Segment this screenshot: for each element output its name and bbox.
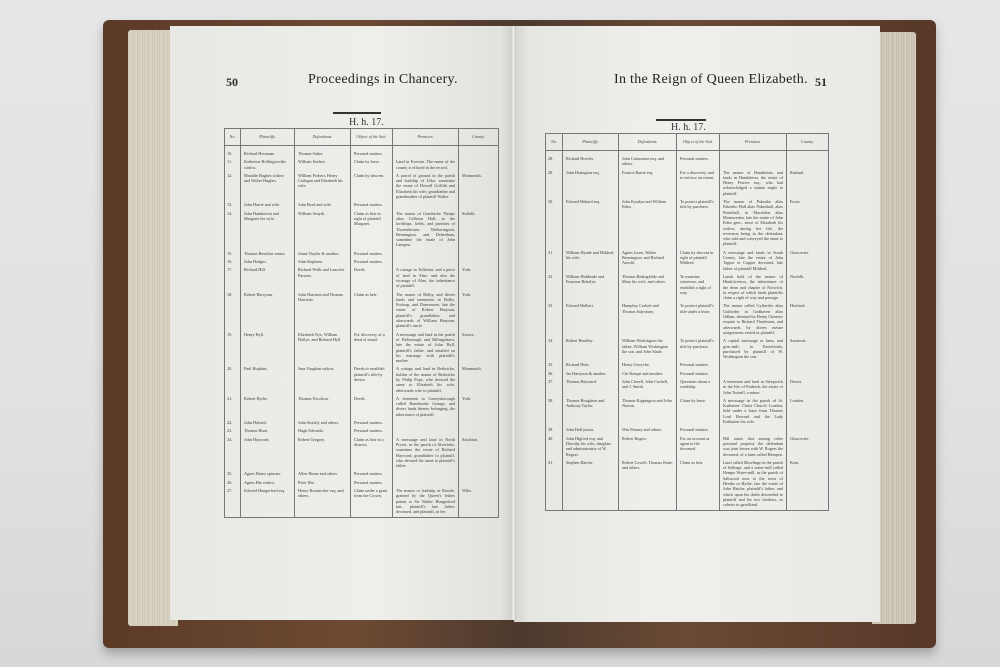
premises-cell: The manor of Hambleton, and lands in Ham…	[720, 169, 787, 198]
object-cell: Personal matters.	[351, 258, 393, 266]
defendants-cell: Thomas Bedingfelde and Mary his wife, an…	[619, 273, 677, 302]
plaintiffs-cell: Jas Harryson & another.	[563, 370, 619, 378]
defendants-cell: Thomas Kippington and John Norton.	[619, 397, 677, 426]
left-proceedings-table: No. Plaintiffs. Defendants. Object of th…	[224, 128, 499, 518]
plaintiffs-cell: Robert Hendley.	[563, 337, 619, 361]
row-number: 41.	[546, 459, 563, 510]
county-cell: Sussex.	[459, 331, 499, 366]
county-cell: Monmouth.	[459, 172, 499, 201]
table-row: 29.John Harington esq.Francis Bartie esq…	[546, 169, 829, 198]
object-cell: Personal matters.	[351, 470, 393, 478]
table-row: 17.Richard Hill.Richard Walls and Lancel…	[225, 266, 499, 290]
premises-cell: A parcel of ground in the parish and lor…	[393, 172, 459, 201]
right-shelfmark: H. h. 17.	[671, 122, 706, 133]
county-cell: Gloucester.	[787, 249, 829, 273]
row-number: 26.	[225, 479, 241, 487]
row-number: 14.	[225, 210, 241, 250]
table-row: 22.John Halsted.John Stuckly and others.…	[225, 419, 499, 427]
table-row: 33.Edward Holbert.Humphry Corbett and Th…	[546, 302, 829, 337]
premises-cell: A messuage in the parish of St. Katharin…	[720, 397, 787, 426]
object-cell: For discovery of a deed of entail.	[351, 331, 393, 366]
premises-cell: A tenement in Coneysborough called Barne…	[393, 395, 459, 419]
plaintiffs-cell: Maudde Hughes widow and Walter Hughes.	[241, 172, 295, 201]
object-cell: To protect plaintiff's title by purchase…	[677, 337, 720, 361]
plaintiffs-cell: William Hubberde and Erasmus Rokelye.	[563, 273, 619, 302]
premises-cell	[720, 151, 787, 169]
table-row: 40.John Higford esq. and Dorothy his wif…	[546, 435, 829, 459]
premises-cell: Land in Everton. The name of the county …	[393, 158, 459, 172]
object-cell: Personal matters.	[677, 426, 720, 434]
premises-cell	[393, 146, 459, 159]
row-number: 27.	[225, 487, 241, 517]
plaintiffs-cell: Thomas Houghton and Anthony Taylor.	[563, 397, 619, 426]
left-head-rule	[333, 112, 381, 114]
premises-cell: A messuage and land in the parish of Pul…	[393, 331, 459, 366]
county-cell	[459, 201, 499, 209]
table-row: 28.Richard Howles.John Cartasmon esq. an…	[546, 151, 829, 169]
object-cell: Personal matters.	[351, 479, 393, 487]
plaintiffs-cell: John Hall junior.	[563, 426, 619, 434]
plaintiffs-cell: Edward Holbert.	[563, 302, 619, 337]
row-number: 18.	[225, 291, 241, 331]
row-number: 36.	[546, 370, 563, 378]
col-header-county: County.	[459, 129, 499, 146]
county-cell: Rutland.	[787, 169, 829, 198]
table-row: 34.Robert Hendley.William Wodrington the…	[546, 337, 829, 361]
row-number: 21.	[225, 395, 241, 419]
defendants-cell: Allen Hume and others.	[295, 470, 351, 478]
table-row: 27.Edward Hungerford esq.Henry Brounscke…	[225, 487, 499, 517]
county-cell: Hertford.	[787, 302, 829, 337]
right-running-head: In the Reign of Queen Elizabeth.	[614, 72, 808, 88]
defendants-cell: John Byrd and wife.	[295, 201, 351, 209]
object-cell: Personal matters.	[677, 151, 720, 169]
table-row: 38.Thomas Houghton and Anthony Taylor.Th…	[546, 397, 829, 426]
defendants-cell: William Probert, Henry Cadogan and Eliza…	[295, 172, 351, 201]
col-header-object: Object of the Suit.	[677, 134, 720, 151]
object-cell: Personal matters.	[351, 419, 393, 427]
county-cell: York.	[459, 291, 499, 331]
plaintiffs-cell: Agnes Hie widow.	[241, 479, 295, 487]
county-cell: Somerset.	[787, 337, 829, 361]
defendants-cell: Henry Cerryche.	[619, 361, 677, 369]
row-number: 13.	[225, 201, 241, 209]
object-cell: Claim as heir.	[351, 291, 393, 331]
table-row: 11.Katherine Hollingworthe widow.William…	[225, 158, 499, 172]
table-row: 35.Richard Hole.Henry Cerryche.Personal …	[546, 361, 829, 369]
plaintiffs-cell: Edward Hungerford esq.	[241, 487, 295, 517]
premises-cell: A cottage and land in Redwicke, holden o…	[393, 365, 459, 394]
county-cell	[787, 361, 829, 369]
col-header-plaintiffs: Plaintiffs.	[241, 129, 295, 146]
defendants-cell: Robert Cowell, Thomas Batte, and others.	[619, 459, 677, 510]
row-number: 10.	[225, 146, 241, 159]
row-number: 11.	[225, 158, 241, 172]
object-cell: Claim by descent.	[351, 172, 393, 201]
defendants-cell: William Wodrington the father, William W…	[619, 337, 677, 361]
county-cell: Essex.	[787, 198, 829, 249]
plaintiffs-cell: John Hayward.	[241, 436, 295, 471]
defendants-cell: John Cartasmon esq. and others.	[619, 151, 677, 169]
object-cell: Claim as heir in right of plaintiff Marg…	[351, 210, 393, 250]
object-cell: Deeds to establish plaintiff's title by …	[351, 365, 393, 394]
county-cell	[787, 370, 829, 378]
table-row: 15.Thomas Hawkins senior.Jonne Naylor & …	[225, 250, 499, 258]
object-cell: For a discovery, and to enforce an exten…	[677, 169, 720, 198]
defendants-cell: Hugh Edwards.	[295, 427, 351, 435]
left-page-number: 50	[226, 75, 238, 90]
defendants-cell: Agnes Jones, Walter Bennington, and Rich…	[619, 249, 677, 273]
object-cell: Personal matters.	[677, 361, 720, 369]
county-cell	[459, 158, 499, 172]
row-number: 39.	[546, 426, 563, 434]
premises-cell	[720, 370, 787, 378]
row-number: 25.	[225, 470, 241, 478]
premises-cell	[393, 201, 459, 209]
plaintiffs-cell: John Hamberton and Margaret his wife.	[241, 210, 295, 250]
object-cell: Claim as heir.	[677, 459, 720, 510]
plaintiffs-cell: Richard Howles.	[563, 151, 619, 169]
defendants-cell: Henry Brounscker esq. and others.	[295, 487, 351, 517]
object-cell: Personal matters.	[677, 370, 720, 378]
defendants-cell: Wm Penney and others.	[619, 426, 677, 434]
row-number: 30.	[546, 198, 563, 249]
object-cell: For an account as agent to the deceased.	[677, 435, 720, 459]
premises-cell: Land called Mowlinge in the parish of Se…	[720, 459, 787, 510]
plaintiffs-cell: Richard Hill.	[241, 266, 295, 290]
premises-cell	[393, 250, 459, 258]
object-cell: Deeds.	[351, 395, 393, 419]
county-cell: Norfolk.	[787, 273, 829, 302]
right-proceedings-table: No. Plaintiffs. Defendants. Object of th…	[545, 133, 829, 511]
left-running-head: Proceedings in Chancery.	[308, 72, 458, 88]
county-cell: York.	[459, 395, 499, 419]
object-cell: To examine witnesses, and establish a ri…	[677, 273, 720, 302]
defendants-cell: Thomas Salter.	[295, 146, 351, 159]
premises-cell: The manor of Pakenho alias Pakenho Hall …	[720, 198, 787, 249]
row-number: 23.	[225, 427, 241, 435]
table-row: 37.Thomas Hayward.John Clavell, John Cuc…	[546, 378, 829, 397]
table-row: 24.John Hayward.Robert Gregory.Claim as …	[225, 436, 499, 471]
defendants-cell: John Stephens.	[295, 258, 351, 266]
col-header-plaintiffs: Plaintiffs.	[563, 134, 619, 151]
plaintiffs-cell: Henry Hyll.	[241, 331, 295, 366]
object-cell: Claim by lease.	[677, 397, 720, 426]
premises-cell: A messuage and lands in South Cerney, la…	[720, 249, 787, 273]
plaintiffs-cell: John Hodges.	[241, 258, 295, 266]
premises-cell	[393, 419, 459, 427]
defendants-cell: Humphry Corbett and Thomas Salysbury.	[619, 302, 677, 337]
row-number: 28.	[546, 151, 563, 169]
table-row: 19.Henry Hyll.Elizabeth Nye, William Hol…	[225, 331, 499, 366]
table-row: 20.Paul Hopkins.Jane Vaughan widow.Deeds…	[225, 365, 499, 394]
premises-cell	[393, 427, 459, 435]
defendants-cell: John Harrison and Thomas Harrison.	[295, 291, 351, 331]
right-page-number: 51	[815, 75, 827, 90]
row-number: 20.	[225, 365, 241, 394]
premises-cell	[393, 258, 459, 266]
table-row: 30.Edward Hubard esq.John Kyndyn and Wil…	[546, 198, 829, 249]
defendants-cell: Chr Kempe and another.	[619, 370, 677, 378]
county-cell	[459, 479, 499, 487]
table-row: 23.Thomas Hunt.Hugh Edwards.Personal mat…	[225, 427, 499, 435]
table-row: 41.Stephen Hatche.Robert Cowell, Thomas …	[546, 459, 829, 510]
defendants-cell: John Clavell, John Cuchell, and J. Smith…	[619, 378, 677, 397]
county-cell: Gloucester.	[787, 435, 829, 459]
plaintiffs-cell: Robert Harrysun.	[241, 291, 295, 331]
premises-cell	[720, 426, 787, 434]
table-header-row: No. Plaintiffs. Defendants. Object of th…	[546, 134, 829, 151]
defendants-cell: Thomas Nicolson.	[295, 395, 351, 419]
table-row: 14.John Hamberton and Margaret his wife.…	[225, 210, 499, 250]
row-number: 12.	[225, 172, 241, 201]
defendants-cell: John Kyndyn and William Eden.	[619, 198, 677, 249]
county-cell: Kent.	[787, 459, 829, 510]
county-cell	[787, 151, 829, 169]
county-cell	[459, 250, 499, 258]
defendants-cell: Elizabeth Nye, William Hollye, and Richa…	[295, 331, 351, 366]
county-cell: Dorset.	[787, 378, 829, 397]
defendants-cell: John Stuckly and others.	[295, 419, 351, 427]
col-header-defendants: Defendants.	[295, 129, 351, 146]
premises-cell	[720, 361, 787, 369]
county-cell	[787, 426, 829, 434]
table-row: 21.Robert Hyrbe.Thomas Nicolson.Deeds.A …	[225, 395, 499, 419]
defendants-cell: William Seayth.	[295, 210, 351, 250]
premises-cell: A cottage in Tollerton, and a piece of l…	[393, 266, 459, 290]
table-row: 32.William Hubberde and Erasmus Rokelye.…	[546, 273, 829, 302]
object-cell: To protect plaintiff's title by purchase…	[677, 198, 720, 249]
row-number: 33.	[546, 302, 563, 337]
object-cell: Claim under a grant from the Crown.	[351, 487, 393, 517]
object-cell: Personal matters.	[351, 250, 393, 258]
premises-cell: The manor called Gyffardes alias Gaffard…	[720, 302, 787, 337]
table-row: 18.Robert Harrysun.John Harrison and Tho…	[225, 291, 499, 331]
col-header-no: No.	[225, 129, 241, 146]
col-header-premises: Premises.	[720, 134, 787, 151]
plaintiffs-cell: Edward Hubard esq.	[563, 198, 619, 249]
plaintiffs-cell: John Harington esq.	[563, 169, 619, 198]
premises-cell: Bill states that among other personal pr…	[720, 435, 787, 459]
object-cell: Personal matters.	[351, 427, 393, 435]
row-number: 34.	[546, 337, 563, 361]
left-shelfmark: H. h. 17.	[349, 117, 384, 128]
row-number: 40.	[546, 435, 563, 459]
county-cell: Suffolk.	[459, 210, 499, 250]
county-cell: Southton.	[459, 436, 499, 471]
row-number: 22.	[225, 419, 241, 427]
table-row: 12.Maudde Hughes widow and Walter Hughes…	[225, 172, 499, 201]
county-cell: York.	[459, 266, 499, 290]
county-cell	[459, 427, 499, 435]
premises-cell: Lands held of the manor of Hindolveston,…	[720, 273, 787, 302]
row-number: 38.	[546, 397, 563, 426]
plaintiffs-cell: Thomas Hunt.	[241, 427, 295, 435]
plaintiffs-cell: Katherine Hollingworthe widow.	[241, 158, 295, 172]
row-number: 15.	[225, 250, 241, 258]
row-number: 19.	[225, 331, 241, 366]
premises-cell: A messuage and land in North Pryset, in …	[393, 436, 459, 471]
plaintiffs-cell: John Higford esq. and Dorothy his wife, …	[563, 435, 619, 459]
row-number: 32.	[546, 273, 563, 302]
defendants-cell: Peter Hie.	[295, 479, 351, 487]
table-row: 16.John Hodges.John Stephens.Personal ma…	[225, 258, 499, 266]
row-number: 31.	[546, 249, 563, 273]
table-header-row: No. Plaintiffs. Defendants. Object of th…	[225, 129, 499, 146]
plaintiffs-cell: Stephen Hatche.	[563, 459, 619, 510]
premises-cell	[393, 470, 459, 478]
table-row: 39.John Hall junior.Wm Penney and others…	[546, 426, 829, 434]
defendants-cell: William Seelize.	[295, 158, 351, 172]
premises-cell: The manor or lordship of Rowde, granted …	[393, 487, 459, 517]
object-cell: Personal matters.	[351, 201, 393, 209]
plaintiffs-cell: John Harrie and wife.	[241, 201, 295, 209]
county-cell	[459, 419, 499, 427]
plaintiffs-cell: Richard Hessman.	[241, 146, 295, 159]
defendants-cell: Robert Rogers.	[619, 435, 677, 459]
row-number: 35.	[546, 361, 563, 369]
premises-cell: A tenement and land in Steepwick in the …	[720, 378, 787, 397]
plaintiffs-cell: Robert Hyrbe.	[241, 395, 295, 419]
defendants-cell: Francis Bartie esq.	[619, 169, 677, 198]
col-header-premises: Premises.	[393, 129, 459, 146]
col-header-defendants: Defendants.	[619, 134, 677, 151]
premises-cell	[393, 479, 459, 487]
object-cell: Claim by descent in right of plaintiff M…	[677, 249, 720, 273]
object-cell: Claim by lease.	[351, 158, 393, 172]
plaintiffs-cell: John Halsted.	[241, 419, 295, 427]
plaintiffs-cell: Agnes Harris spinster.	[241, 470, 295, 478]
row-number: 37.	[546, 378, 563, 397]
col-header-no: No.	[546, 134, 563, 151]
county-cell	[459, 470, 499, 478]
row-number: 17.	[225, 266, 241, 290]
county-cell: London.	[787, 397, 829, 426]
table-row: 25.Agnes Harris spinster.Allen Hume and …	[225, 470, 499, 478]
plaintiffs-cell: Thomas Hawkins senior.	[241, 250, 295, 258]
object-cell: Deeds.	[351, 266, 393, 290]
county-cell	[459, 258, 499, 266]
county-cell: Monmouth.	[459, 365, 499, 394]
premises-cell: A capital messuage or farm, and grist-mi…	[720, 337, 787, 361]
object-cell: Questions about a wardship.	[677, 378, 720, 397]
plaintiffs-cell: Richard Hole.	[563, 361, 619, 369]
defendants-cell: Jonne Naylor & another.	[295, 250, 351, 258]
object-cell: Claim as heir in a distress.	[351, 436, 393, 471]
plaintiffs-cell: William Hynde and Mildred his wife.	[563, 249, 619, 273]
object-cell: To protect plaintiff's title under a lea…	[677, 302, 720, 337]
book-gutter	[511, 26, 516, 620]
defendants-cell: Robert Gregory.	[295, 436, 351, 471]
county-cell: Wilts.	[459, 487, 499, 517]
row-number: 29.	[546, 169, 563, 198]
premises-cell: The manor of Bolby, and divers lands and…	[393, 291, 459, 331]
plaintiffs-cell: Paul Hopkins.	[241, 365, 295, 394]
right-head-rule	[656, 119, 706, 121]
table-row: 31.William Hynde and Mildred his wife.Ag…	[546, 249, 829, 273]
table-row: 10.Richard Hessman.Thomas Salter.Persona…	[225, 146, 499, 159]
row-number: 16.	[225, 258, 241, 266]
col-header-object: Object of the Suit.	[351, 129, 393, 146]
plaintiffs-cell: Thomas Hayward.	[563, 378, 619, 397]
premises-cell: The manor of Gondriche Thorpe alias Cell…	[393, 210, 459, 250]
row-number: 24.	[225, 436, 241, 471]
table-row: 26.Agnes Hie widow.Peter Hie.Personal ma…	[225, 479, 499, 487]
object-cell: Personal matters.	[351, 146, 393, 159]
defendants-cell: Richard Walls and Lancelot Parsons.	[295, 266, 351, 290]
col-header-county: County.	[787, 134, 829, 151]
county-cell	[459, 146, 499, 159]
defendants-cell: Jane Vaughan widow.	[295, 365, 351, 394]
table-row: 13.John Harrie and wife.John Byrd and wi…	[225, 201, 499, 209]
table-row: 36.Jas Harryson & another.Chr Kempe and …	[546, 370, 829, 378]
